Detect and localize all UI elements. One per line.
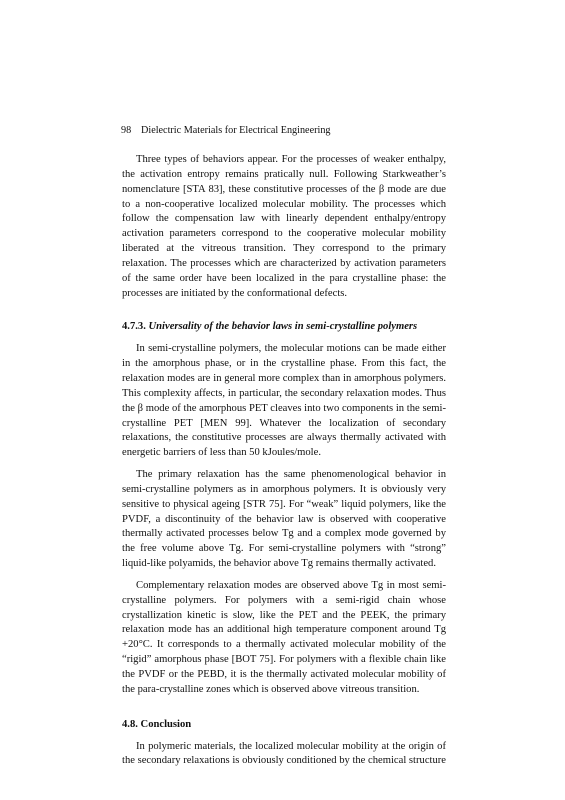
running-header: 98Dielectric Materials for Electrical En… xyxy=(121,124,331,138)
book-title: Dielectric Materials for Electrical Engi… xyxy=(141,125,331,136)
section-title: Universality of the behavior laws in sem… xyxy=(149,321,418,332)
paragraph-complementary-modes: Complementary relaxation modes are obser… xyxy=(122,579,446,698)
page-number: 98 xyxy=(121,124,141,138)
section-number: 4.7.3. xyxy=(122,321,146,332)
page-body: Three types of behaviors appear. For the… xyxy=(122,153,446,769)
paragraph-behaviors: Three types of behaviors appear. For the… xyxy=(122,153,446,301)
document-page: 98Dielectric Materials for Electrical En… xyxy=(0,0,565,800)
paragraph-primary-relaxation: The primary relaxation has the same phen… xyxy=(122,468,446,572)
section-heading-4-7-3: 4.7.3. Universality of the behavior laws… xyxy=(122,320,446,335)
section-heading-4-8: 4.8. Conclusion xyxy=(122,718,446,733)
paragraph-semi-crystalline: In semi-crystalline polymers, the molecu… xyxy=(122,342,446,461)
paragraph-conclusion: In polymeric materials, the localized mo… xyxy=(122,740,446,770)
